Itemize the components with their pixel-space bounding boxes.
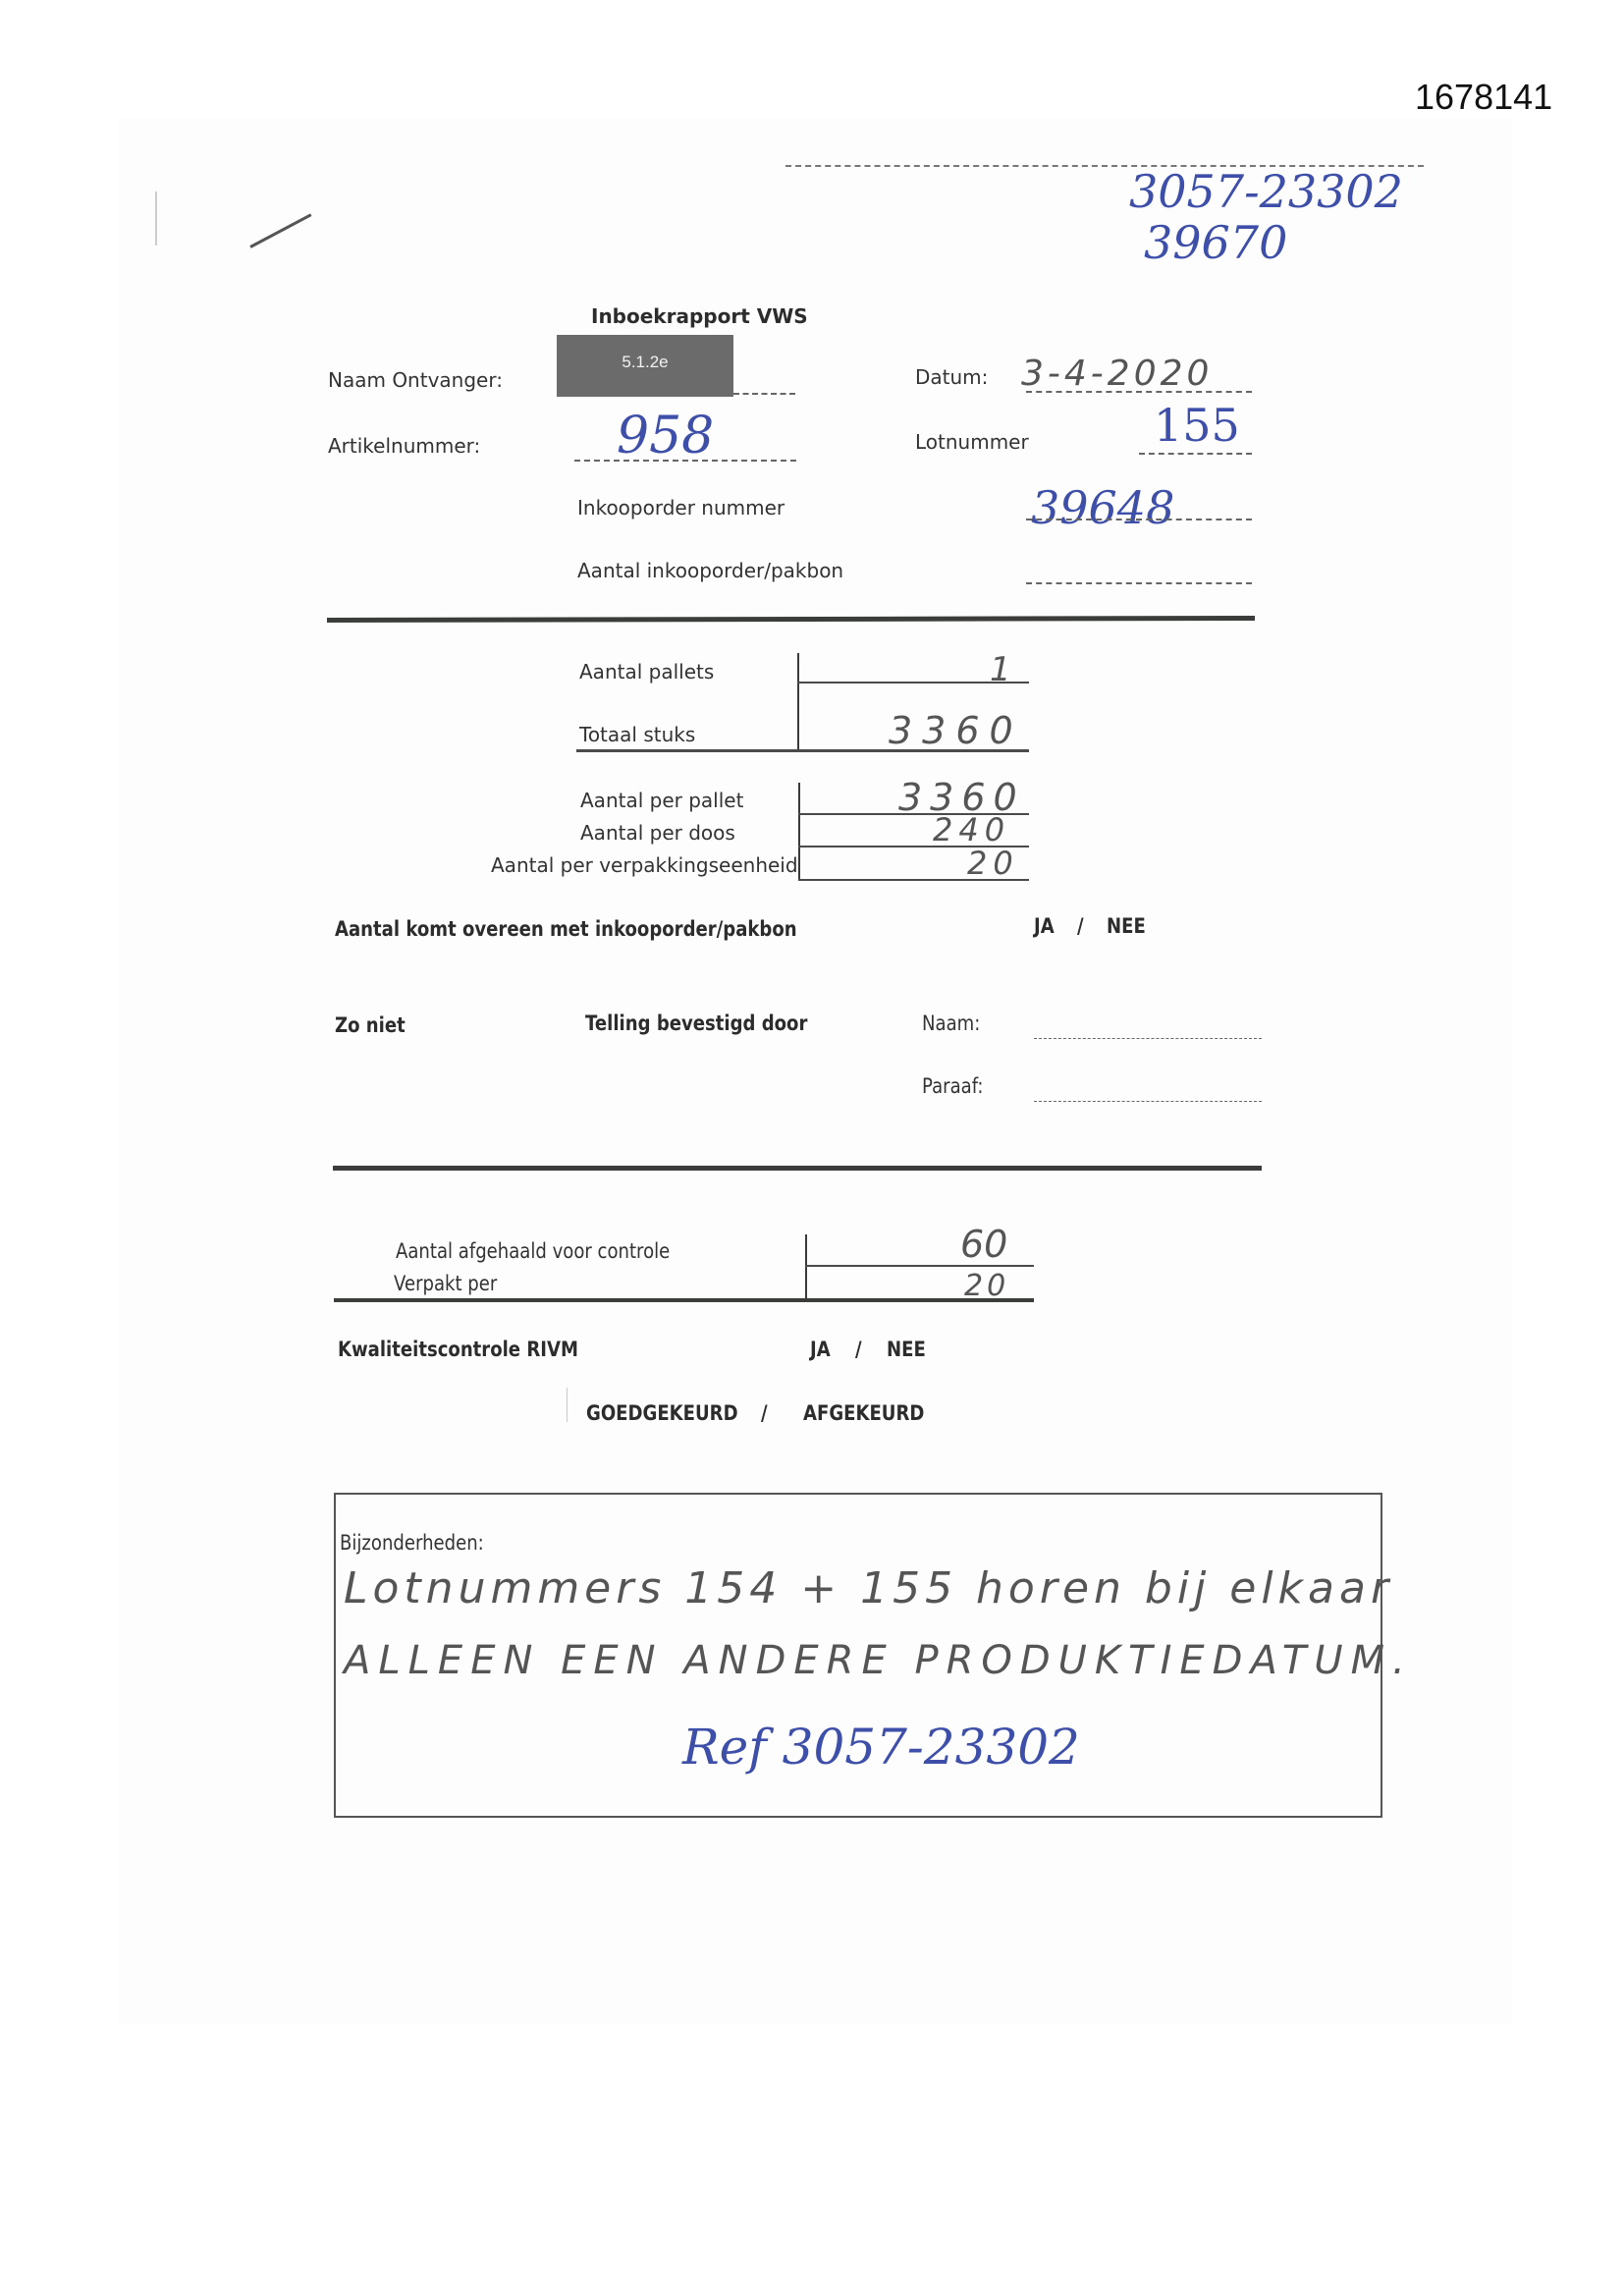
aantal-per-pallet-label: Aantal per pallet [580, 789, 743, 812]
rejected-option[interactable]: AFGEKEURD [803, 1401, 924, 1425]
lotnummer-label: Lotnummer [915, 430, 1029, 454]
paraaf-line[interactable] [1034, 1101, 1262, 1102]
notes-line-2[interactable]: alleen een andere produktiedatum. [344, 1638, 1413, 1683]
per-verpakking-line [798, 879, 1029, 881]
aantal-pallets-label: Aantal pallets [579, 660, 714, 683]
quality-separator: / [855, 1338, 862, 1361]
inkooporder-nummer-line [1026, 519, 1252, 520]
naam-line[interactable] [1034, 1038, 1262, 1039]
inkooporder-nummer-value[interactable]: 39648 [1031, 481, 1174, 534]
naam-ontvanger-line [733, 393, 795, 395]
telling-bevestigd-label: Telling bevestigd door [585, 1011, 807, 1035]
quality-yes-option[interactable]: JA [810, 1338, 831, 1361]
scan-mark [155, 191, 157, 246]
datum-value[interactable]: 3-4-2020 [1021, 354, 1213, 394]
handwritten-number: 39670 [1144, 216, 1287, 269]
aantal-inkooporder-line [1026, 582, 1252, 584]
afgehaald-label: Aantal afgehaald voor controle [396, 1239, 670, 1263]
datum-label: Datum: [915, 365, 988, 389]
zo-niet-label: Zo niet [335, 1013, 406, 1037]
totaal-stuks-label: Totaal stuks [579, 723, 695, 746]
match-yes-option[interactable]: JA [1034, 914, 1055, 938]
match-no-option[interactable]: NEE [1107, 914, 1146, 938]
artikelnummer-value[interactable]: 958 [617, 407, 714, 465]
verpakt-per-label: Verpakt per [394, 1272, 497, 1295]
paraaf-label: Paraaf: [922, 1074, 984, 1098]
section-divider-2 [333, 1166, 1262, 1171]
approval-separator: / [761, 1401, 768, 1425]
aantal-per-doos-value[interactable]: 240 [933, 811, 1010, 848]
handwritten-reference: 3057-23302 [1129, 165, 1403, 218]
notes-label: Bijzonderheden: [340, 1531, 484, 1555]
scan-mark-2 [567, 1388, 568, 1422]
datum-line [1026, 391, 1252, 393]
afgehaald-line [805, 1265, 1034, 1267]
match-question-label: Aantal komt overeen met inkooporder/pakb… [335, 917, 797, 941]
notes-reference[interactable]: Ref 3057-23302 [682, 1719, 1080, 1776]
artikelnummer-label: Artikelnummer: [328, 434, 480, 458]
naam-ontvanger-label: Naam Ontvanger: [328, 368, 503, 392]
counts-divider-2 [798, 783, 800, 881]
match-separator: / [1077, 914, 1084, 938]
artikelnummer-line [574, 460, 796, 462]
totaal-stuks-line [576, 749, 1029, 752]
quality-no-option[interactable]: NEE [887, 1338, 926, 1361]
quality-control-label: Kwaliteitscontrole RIVM [338, 1338, 578, 1361]
aantal-inkooporder-label: Aantal inkooporder/pakbon [577, 559, 843, 582]
redaction-box: 5.1.2e [557, 335, 733, 397]
lotnummer-line [1139, 453, 1252, 455]
naam-label: Naam: [922, 1011, 980, 1035]
control-bottom-line [334, 1298, 1034, 1302]
notes-line-1[interactable]: Lotnummers 154 + 155 horen bij elkaar [344, 1563, 1393, 1613]
inkooporder-nummer-label: Inkooporder nummer [577, 496, 785, 519]
aantal-per-verpakkingseenheid-value[interactable]: 20 [967, 845, 1019, 882]
form-title: Inboekrapport VWS [591, 304, 808, 328]
document-id: 1678141 [1415, 77, 1552, 118]
counts-divider [797, 653, 799, 751]
pallets-line [797, 682, 1029, 683]
afgehaald-value[interactable]: 60 [960, 1223, 1007, 1266]
aantal-per-doos-label: Aantal per doos [580, 821, 735, 845]
lotnummer-value[interactable]: 155 [1154, 399, 1240, 452]
control-divider [805, 1234, 807, 1301]
aantal-pallets-value[interactable]: 1 [990, 650, 1011, 689]
totaal-stuks-value[interactable]: 3360 [889, 709, 1023, 752]
aantal-per-verpakkingseenheid-label: Aantal per verpakkingseenheid [491, 853, 798, 877]
approved-option[interactable]: GOEDGEKEURD [586, 1401, 738, 1425]
